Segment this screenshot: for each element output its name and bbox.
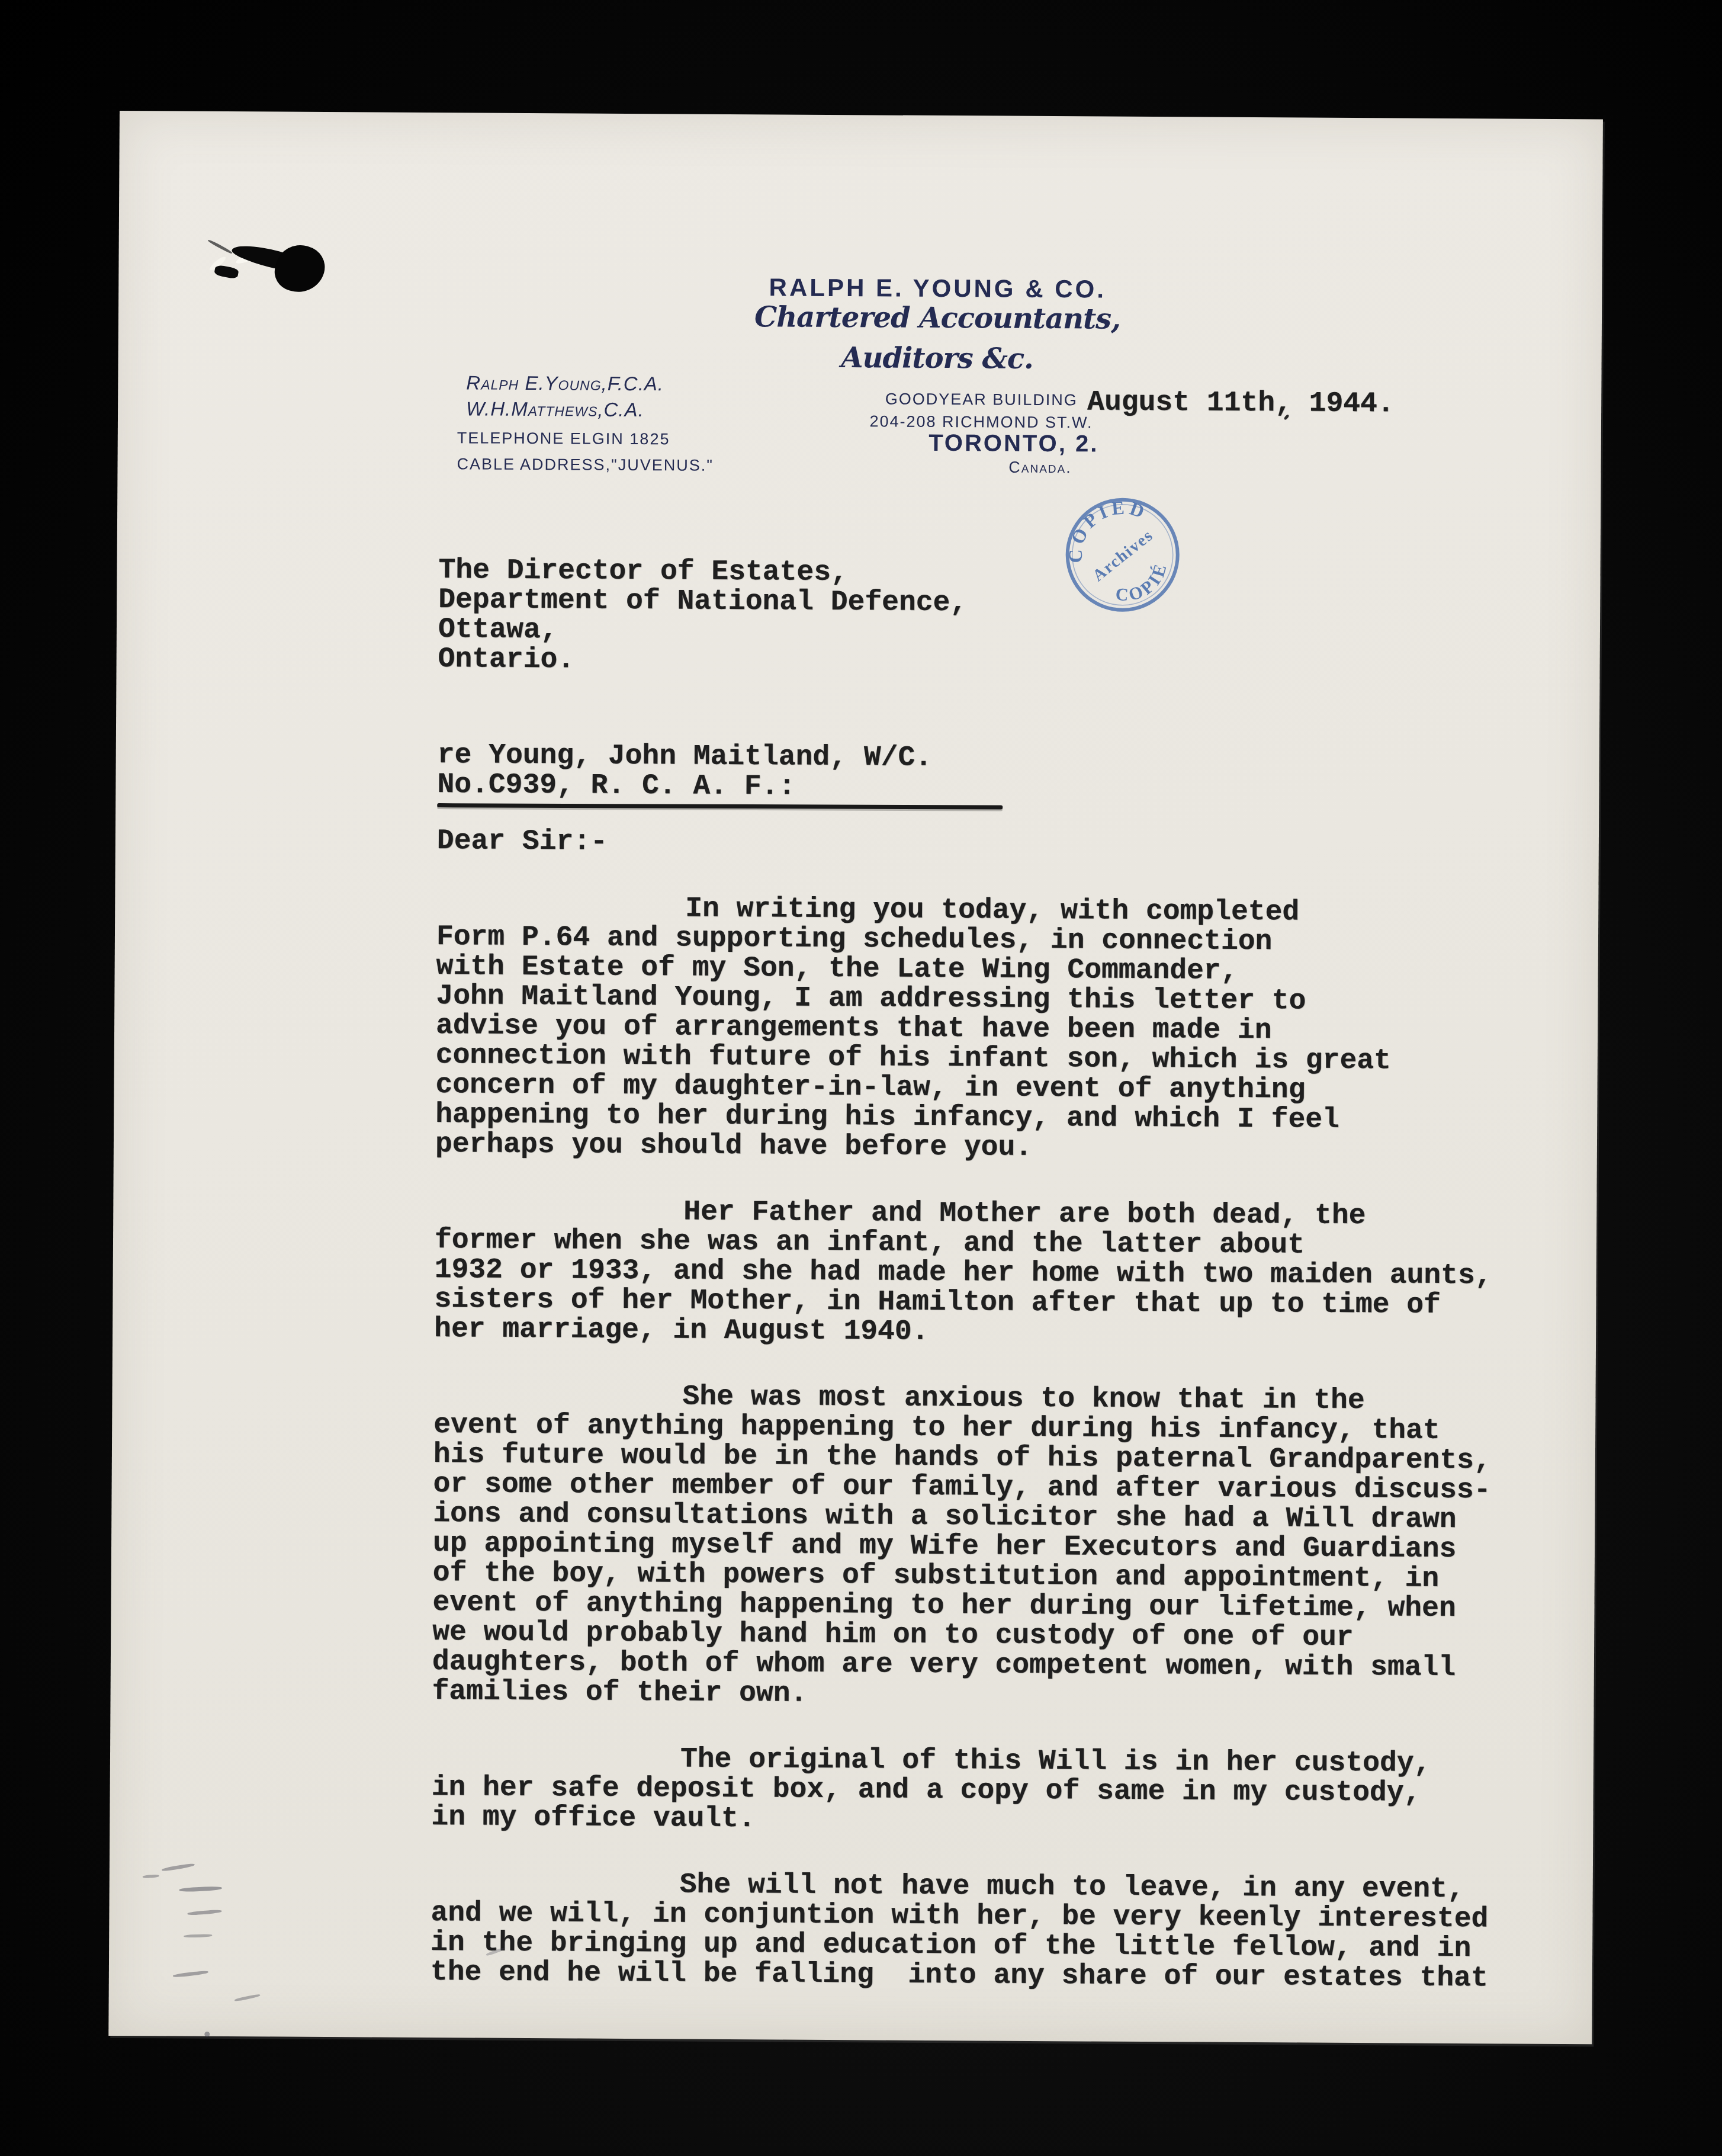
subject-line: No.C939, R. C. A. F.: bbox=[437, 770, 1509, 806]
typed-line: the end he will be falling into any shar… bbox=[430, 1958, 1502, 1993]
typed-line: Department of National Defence, bbox=[438, 585, 1510, 621]
pencil-smudge bbox=[143, 1874, 159, 1878]
paragraph-1: In writing you today, with completedForm… bbox=[435, 893, 1509, 1165]
letterhead-building: GOODYEAR BUILDING bbox=[885, 390, 1078, 409]
pencil-smudge bbox=[173, 1970, 208, 1978]
pencil-smudge bbox=[204, 2032, 210, 2037]
letterhead-company-name: RALPH E. YOUNG & CO. bbox=[769, 273, 1107, 303]
paragraph-4: The original of this Will is in her cust… bbox=[431, 1743, 1503, 1838]
tear-crease-line bbox=[207, 239, 233, 254]
letterhead-country: Canada. bbox=[1008, 458, 1072, 477]
letter-date: August 11th, 1944. bbox=[1087, 386, 1395, 420]
salutation: Dear Sir:- bbox=[437, 826, 1509, 862]
typed-letter-body: The Director of Estates,Department of Na… bbox=[430, 556, 1511, 1993]
letterhead-cable-address: CABLE ADDRESS,"JUVENUS." bbox=[457, 455, 713, 474]
photo-background: { "page": { "background": "#0a0a0a", "pa… bbox=[0, 0, 1722, 2156]
subject-underline-rule bbox=[437, 803, 1003, 810]
tear-slit bbox=[214, 265, 239, 280]
pencil-smudge bbox=[179, 1886, 222, 1892]
typed-line: Ontario. bbox=[438, 644, 1510, 680]
letterhead-profession-line1: Chartered Accountants, bbox=[754, 300, 1120, 336]
letterhead-city: TORONTO, 2. bbox=[929, 430, 1098, 458]
punch-hole bbox=[270, 239, 329, 298]
stamp-copied-text: COPIED bbox=[1046, 477, 1158, 573]
partner-name: W.H.Matthews,C.A. bbox=[466, 396, 664, 423]
paragraph-3: She was most anxious to know that in the… bbox=[432, 1381, 1505, 1712]
pencil-smudge bbox=[234, 1994, 261, 2002]
recipient-address-block: The Director of Estates,Department of Na… bbox=[438, 556, 1511, 680]
partner-name: Ralph E.Young,F.C.A. bbox=[466, 370, 664, 397]
letterhead-partners: Ralph E.Young,F.C.A. W.H.Matthews,C.A. bbox=[466, 370, 664, 423]
pencil-smudge bbox=[162, 1863, 195, 1872]
subject-reference-block: re Young, John Maitland, W/C. No.C939, R… bbox=[437, 740, 1509, 813]
pencil-smudge bbox=[187, 1910, 221, 1916]
letter-paper: RALPH E. YOUNG & CO. Chartered Accountan… bbox=[108, 111, 1603, 2044]
letterhead-profession-line2: Auditors &c. bbox=[841, 341, 1033, 376]
letterhead-telephone: TELEPHONE ELGIN 1825 bbox=[457, 429, 670, 448]
paragraph-2: Her Father and Mother are both dead, the… bbox=[434, 1196, 1506, 1350]
letterhead-street: 204-208 RICHMOND ST.W. bbox=[869, 412, 1093, 432]
pencil-smudge bbox=[184, 1934, 212, 1937]
paragraph-5: She will not have much to leave, in any … bbox=[430, 1869, 1503, 1993]
typed-line: perhaps you should have before you. bbox=[435, 1130, 1507, 1165]
